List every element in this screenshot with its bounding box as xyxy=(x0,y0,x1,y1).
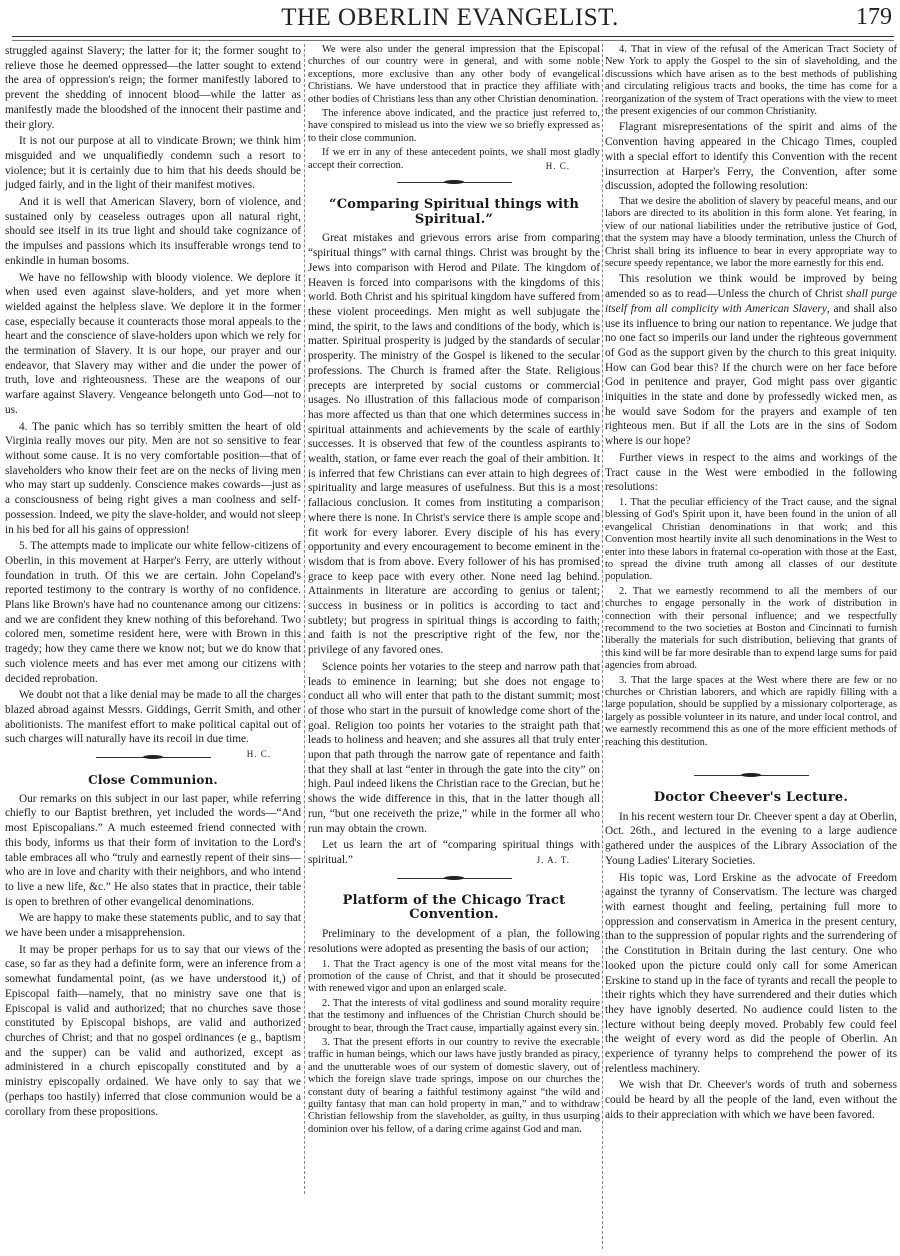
paragraph: Science points her votaries to the steep… xyxy=(308,660,600,836)
section-divider-ornament xyxy=(96,757,211,761)
column-divider xyxy=(304,44,305,1194)
paragraph: It is not our purpose at all to vindicat… xyxy=(5,134,301,193)
article-heading: “Comparing Spiritual things with Spiritu… xyxy=(308,198,600,227)
masthead-rule xyxy=(12,36,894,41)
paragraph-text: , and shall also use its influence to br… xyxy=(605,303,897,447)
paragraph-text: We doubt not that a like denial may be m… xyxy=(5,689,301,745)
author-signature: H. C. xyxy=(233,747,271,762)
article-heading: Close Communion. xyxy=(5,773,301,788)
masthead: THE OBERLIN EVANGELIST. 179 xyxy=(0,0,900,40)
paragraph: Great mistakes and grievous errors arise… xyxy=(308,231,600,657)
article-close-communion: Close Communion. Our remarks on this sub… xyxy=(5,773,301,1119)
resolution-item: 2. That we earnestly recommend to all th… xyxy=(605,586,897,673)
paragraph: This resolution we think would be improv… xyxy=(605,272,897,448)
resolution-item: 3. That the large spaces at the West whe… xyxy=(605,675,897,749)
section-divider-ornament xyxy=(397,878,512,882)
page-number: 179 xyxy=(856,4,892,31)
column-2: We were also under the general impressio… xyxy=(308,44,600,1256)
resolution-item: 2. That the interests of vital godliness… xyxy=(308,998,600,1035)
paragraph: We doubt not that a like denial may be m… xyxy=(5,688,301,747)
paragraph: It may be proper perhaps for us to say t… xyxy=(5,943,301,1119)
paragraph: Further views in respect to the aims and… xyxy=(605,451,897,495)
author-signature: H. C. xyxy=(532,160,570,172)
paragraph: 4. The panic which has so terribly smitt… xyxy=(5,420,301,538)
paragraph: We wish that Dr. Cheever's words of trut… xyxy=(605,1078,897,1122)
paragraph: We were also under the general impressio… xyxy=(308,44,600,106)
article-doctor-cheevers-lecture: Doctor Cheever's Lecture. In his recent … xyxy=(605,791,897,1122)
paragraph: His topic was, Lord Erskine as the advoc… xyxy=(605,871,897,1077)
paragraph: In his recent western tour Dr. Cheever s… xyxy=(605,810,897,869)
paragraph: Let us learn the art of “comparing spiri… xyxy=(308,838,600,867)
paragraph: Flagrant misrepresentations of the spiri… xyxy=(605,120,897,194)
article-chicago-tract-convention: Platform of the Chicago Tract Convention… xyxy=(308,894,600,1137)
paragraph: And it is well that American Slavery, bo… xyxy=(5,195,301,269)
paragraph: We have no fellowship with bloody violen… xyxy=(5,271,301,418)
paragraph: If we err in any of these antecedent poi… xyxy=(308,147,600,172)
column-3: 4. That in view of the refusal of the Am… xyxy=(605,44,897,1256)
paragraph: struggled against Slavery; the latter fo… xyxy=(5,44,301,132)
resolution-item: 1. That the Tract agency is one of the m… xyxy=(308,959,600,996)
paragraph: The inference above indicated, and the p… xyxy=(308,108,600,145)
article-harpers-ferry-continued: struggled against Slavery; the latter fo… xyxy=(5,44,301,747)
resolution-quote: That we desire the abolition of slavery … xyxy=(605,196,897,270)
article-close-communion-continued: We were also under the general impressio… xyxy=(308,44,600,172)
article-chicago-tract-convention-continued: 4. That in view of the refusal of the Am… xyxy=(605,44,897,749)
article-heading: Doctor Cheever's Lecture. xyxy=(605,791,897,806)
author-signature: J. A. T. xyxy=(523,853,570,868)
section-divider-ornament xyxy=(694,775,809,779)
resolution-item: 4. That in view of the refusal of the Am… xyxy=(605,44,897,118)
section-divider-ornament xyxy=(397,182,512,186)
page-columns: struggled against Slavery; the latter fo… xyxy=(0,44,900,1256)
resolution-item: 3. That the present efforts in our count… xyxy=(308,1037,600,1136)
paragraph: We are happy to make these statements pu… xyxy=(5,911,301,940)
article-comparing-spiritual-things: “Comparing Spiritual things with Spiritu… xyxy=(308,198,600,868)
column-divider xyxy=(602,44,603,1249)
paragraph: Our remarks on this subject in our last … xyxy=(5,792,301,910)
newspaper-title: THE OBERLIN EVANGELIST. xyxy=(0,4,900,32)
article-heading: Platform of the Chicago Tract Convention… xyxy=(308,894,600,923)
column-1: struggled against Slavery; the latter fo… xyxy=(5,44,301,1256)
paragraph: Preliminary to the development of a plan… xyxy=(308,927,600,956)
resolution-item: 1. That the peculiar efficiency of the T… xyxy=(605,497,897,584)
paragraph: 5. The attempts made to implicate our wh… xyxy=(5,539,301,686)
spacer xyxy=(605,751,897,765)
